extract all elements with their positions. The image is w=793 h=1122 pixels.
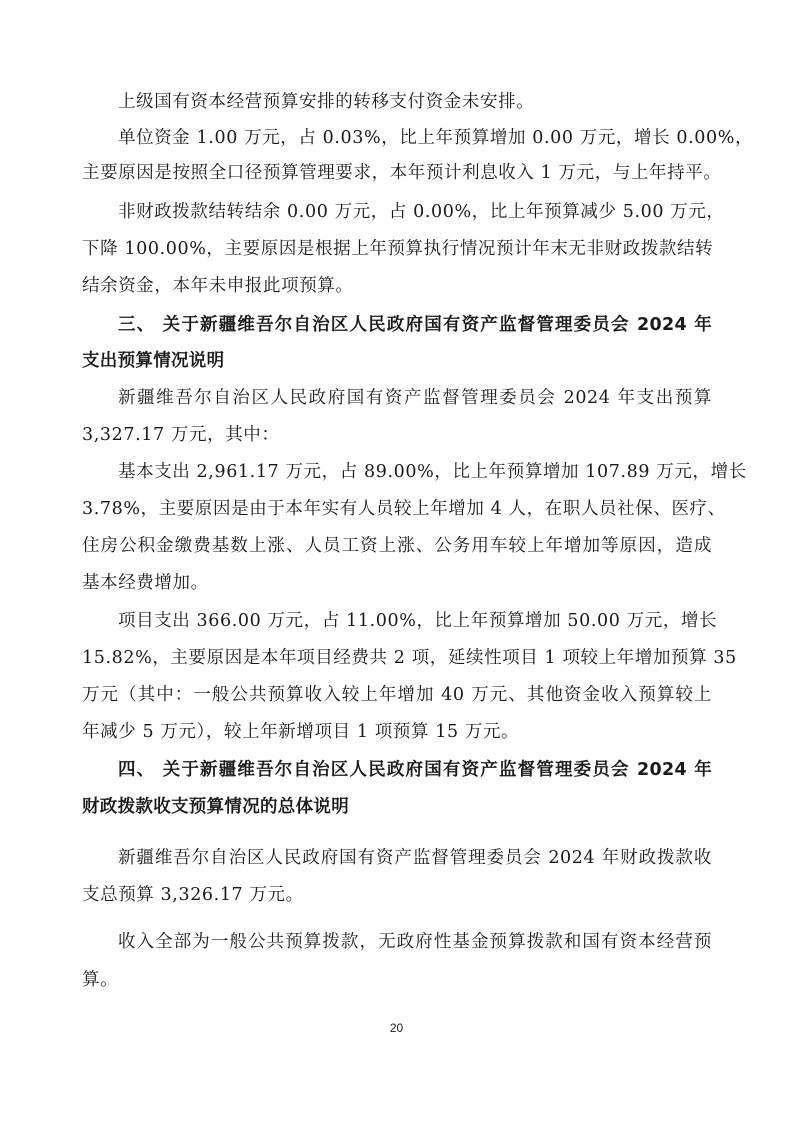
paragraph-line: 新疆维吾尔自治区人民政府国有资产监督管理委员会 2024 年财政拨款收 xyxy=(118,846,712,870)
paragraph-line: 年减少 5 万元），较上年新增项目 1 项预算 15 万元。 xyxy=(82,720,712,744)
paragraph-line: 住房公积金缴费基数上涨、人员工资上涨、公务用车较上年增加等原因，造成 xyxy=(82,534,712,558)
paragraph-line: 支总预算 3,326.17 万元。 xyxy=(82,883,712,907)
section-heading-line: 财政拨款收支预算情况的总体说明 xyxy=(82,795,712,819)
paragraph-line: 15.82%，主要原因是本年项目经费共 2 项，延续性项目 1 项较上年增加预算… xyxy=(82,646,712,670)
paragraph-line: 收入全部为一般公共预算拨款，无政府性基金预算拨款和国有资本经营预 xyxy=(118,930,712,954)
paragraph-line: 项目支出 366.00 万元，占 11.00%，比上年预算增加 50.00 万元… xyxy=(118,609,712,633)
paragraph-line: 3,327.17 万元，其中： xyxy=(82,423,712,447)
paragraph-line: 算。 xyxy=(82,968,712,992)
paragraph-line: 基本经费增加。 xyxy=(82,571,712,595)
paragraph-line: 3.78%，主要原因是由于本年实有人员较上年增加 4 人，在职人员社保、医疗、 xyxy=(82,497,712,521)
section-heading-line: 三、 关于新疆维吾尔自治区人民政府国有资产监督管理委员会 2024 年 xyxy=(118,313,712,337)
document-page: 上级国有资本经营预算安排的转移支付资金未安排。单位资金 1.00 万元，占 0.… xyxy=(0,0,793,1122)
paragraph-line: 非财政拨款结转结余 0.00 万元，占 0.00%，比上年预算减少 5.00 万… xyxy=(118,200,712,224)
section-heading-line: 支出预算情况说明 xyxy=(82,349,712,373)
paragraph-line: 下降 100.00%，主要原因是根据上年预算执行情况预计年末无非财政拨款结转 xyxy=(82,237,712,261)
page-number: 20 xyxy=(0,1021,793,1035)
paragraph-line: 主要原因是按照全口径预算管理要求，本年预计利息收入 1 万元，与上年持平。 xyxy=(82,161,712,185)
section-heading-line: 四、 关于新疆维吾尔自治区人民政府国有资产监督管理委员会 2024 年 xyxy=(118,758,712,782)
paragraph-line: 万元（其中：一般公共预算收入较上年增加 40 万元、其他资金收入预算较上 xyxy=(82,683,712,707)
paragraph-line: 新疆维吾尔自治区人民政府国有资产监督管理委员会 2024 年支出预算 xyxy=(118,386,712,410)
paragraph-line: 基本支出 2,961.17 万元，占 89.00%，比上年预算增加 107.89… xyxy=(118,460,712,484)
paragraph-line: 上级国有资本经营预算安排的转移支付资金未安排。 xyxy=(118,90,712,114)
paragraph-line: 结余资金，本年未申报此项预算。 xyxy=(82,274,712,298)
paragraph-line: 单位资金 1.00 万元，占 0.03%，比上年预算增加 0.00 万元，增长 … xyxy=(118,126,712,150)
